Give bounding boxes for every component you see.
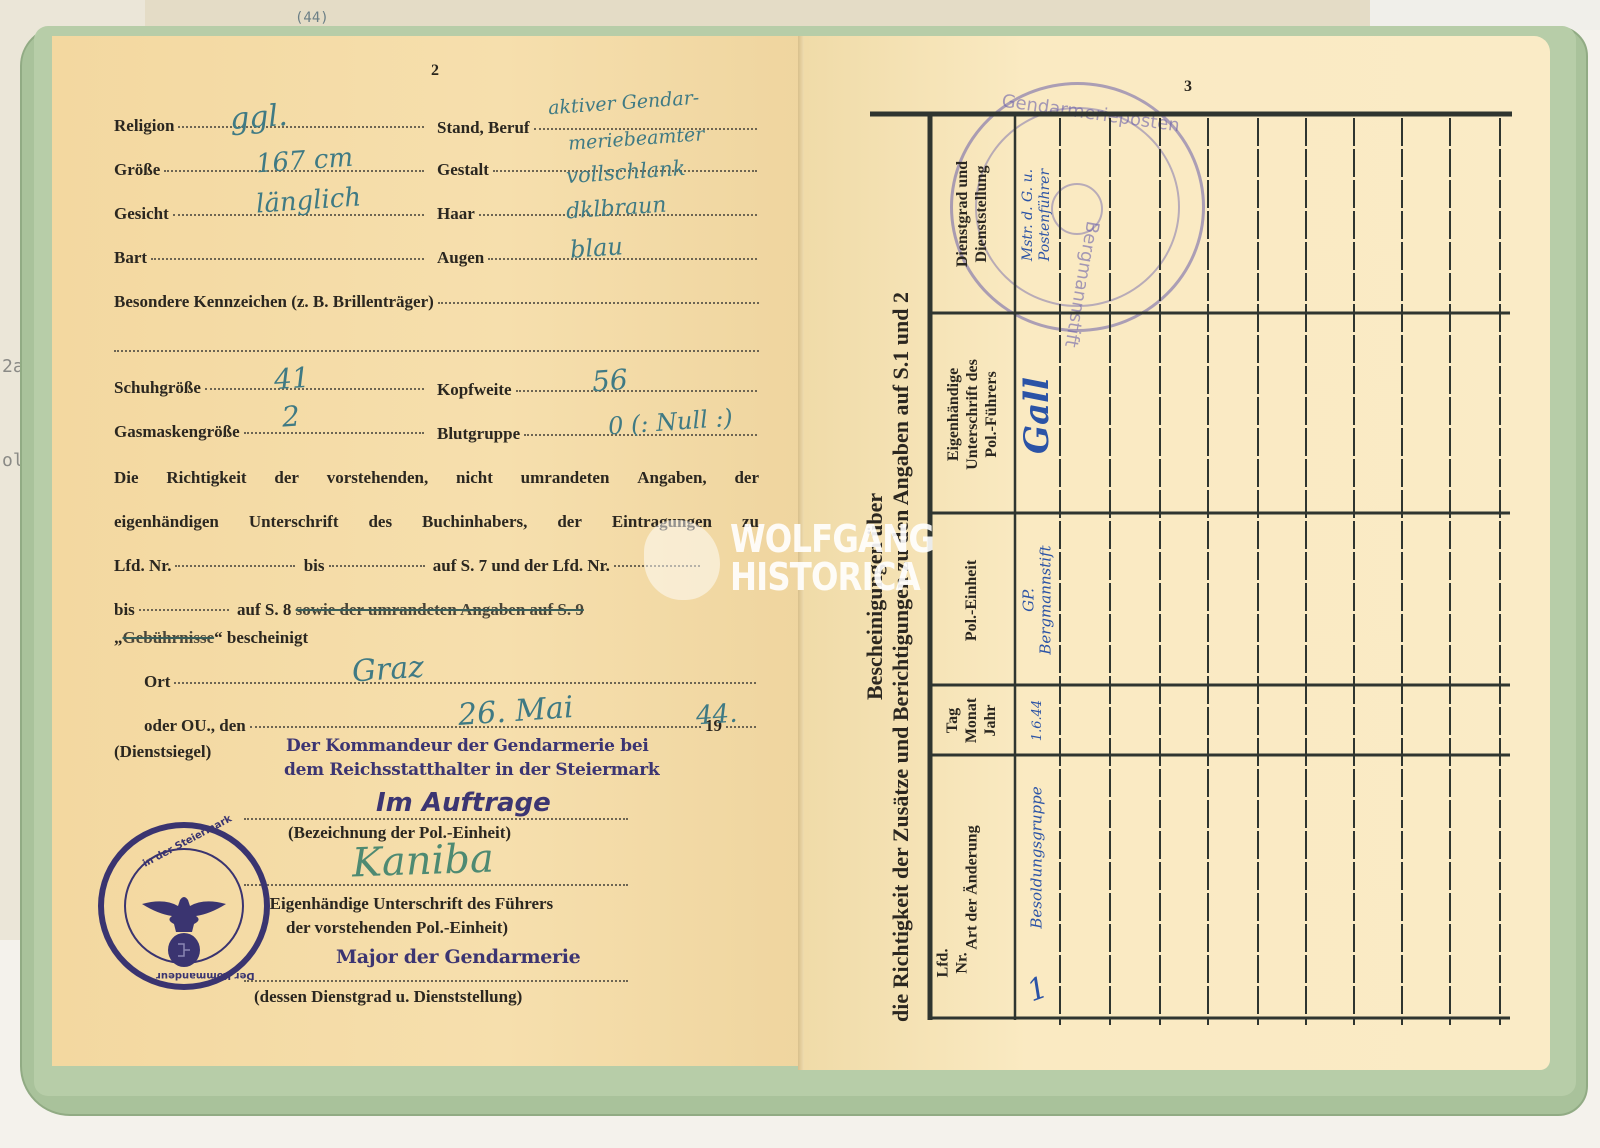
field-value-ort: Graz (351, 650, 425, 690)
certification-line-1: Die Richtigkeit der vorstehenden, nicht … (114, 456, 759, 500)
field-value-jahr: 44. (695, 699, 738, 732)
watermark: WOLFGANG HISTORICA (730, 520, 934, 596)
field-label: Ort (144, 672, 170, 692)
signature-line-rank (244, 980, 628, 982)
field-label: Augen (437, 248, 484, 268)
entry-unterschrift: Gall (1015, 330, 1060, 500)
caption-unterschrift-2: der vorstehenden Pol.-Einheit) (286, 918, 508, 938)
field-value-schuhgroesse: 41 (273, 361, 311, 396)
field-label: Schuhgröße (114, 378, 201, 398)
entry-dienstgrad: Mstr. d. G. u. Postenführer (1015, 125, 1060, 305)
field-ort: Ort (144, 672, 756, 692)
field-label: Gesicht (114, 204, 169, 224)
field-label: Stand, Beruf (437, 118, 530, 138)
entry-art-der-aenderung: Besoldungsgruppe (1015, 757, 1060, 957)
column-header-art-der-aenderung: Art der Änderung (932, 757, 1012, 1017)
field-label: Bart (114, 248, 147, 268)
eagle-emblem-icon (140, 892, 228, 970)
field-label: Haar (437, 204, 475, 224)
struck-text: Gebührnisse (123, 628, 215, 647)
field-label: Religion (114, 116, 174, 136)
entry-datum: 1.6.44 (1015, 686, 1060, 754)
signature-line-unit (244, 818, 628, 820)
official-seal: in der Steiermark Der Kommandeur (98, 822, 270, 990)
field-label: Gasmaskengröße (114, 422, 240, 442)
page-number-left: 2 (431, 62, 439, 80)
field-bart: Bart (114, 248, 424, 268)
entry-lfd-nr: 1 (1015, 960, 1060, 1018)
struck-text: sowie der umrandeten Angaben auf S. 9 (296, 600, 584, 619)
signature-line-leader (244, 884, 628, 886)
table-side-title-line2: die Richtigkeit der Zusätze und Berichti… (888, 292, 914, 1022)
column-header-pol-einheit: Pol.-Einheit (932, 515, 1012, 685)
field-label: Größe (114, 160, 160, 180)
stamp-major: Major der Gendarmerie (336, 946, 580, 968)
column-header-dienstgrad: Dienstgrad und Dienststellung (932, 115, 1012, 313)
field-label: Kopfweite (437, 380, 512, 400)
field-value-gasmaskengroesse: 2 (281, 399, 301, 433)
entry-pol-einheit: GP. Bergmannstift (1015, 515, 1060, 685)
stamp-commander-line2: dem Reichsstatthalter in der Steiermark (284, 760, 659, 780)
column-header-datum: Tag Monat Jahr (932, 686, 1012, 754)
signature-kaniba: Kaniba (351, 836, 494, 887)
field-label: Blutgruppe (437, 424, 520, 444)
stamp-commander-line1: Der Kommandeur der Gendarmerie bei (286, 736, 649, 756)
blank-line (114, 350, 759, 352)
field-gasmaskengroesse: Gasmaskengröße (114, 422, 424, 442)
page-number-right: 3 (1184, 78, 1192, 96)
seal-ring-text: Der Kommandeur (156, 970, 255, 981)
background-note: (44) (295, 10, 329, 26)
field-value-kopfweite: 56 (591, 363, 629, 398)
caption-unterschrift-1: (Eigenhändige Unterschrift des Führers (264, 894, 553, 914)
field-schuhgroesse: Schuhgröße (114, 378, 424, 398)
stamp-im-auftrage: Im Auftrage (376, 788, 551, 818)
column-header-unterschrift: Eigenhändige Unterschrift des Pol.-Führe… (932, 315, 1012, 513)
field-value-augen: blau (569, 232, 624, 264)
field-besondere-kennzeichen: Besondere Kennzeichen (z. B. Brillenträg… (114, 292, 759, 312)
caption-dienstgrad: (dessen Dienstgrad u. Dienststellung) (254, 987, 522, 1007)
field-value-religion: ggl. (229, 98, 289, 137)
field-label: Besondere Kennzeichen (z. B. Brillenträg… (114, 292, 434, 312)
dienstsiegel-label: (Dienstsiegel) (114, 742, 211, 762)
field-label: oder OU., den (144, 716, 246, 736)
field-label: Gestalt (437, 160, 489, 180)
field-datum: oder OU., den 19 (144, 716, 756, 736)
